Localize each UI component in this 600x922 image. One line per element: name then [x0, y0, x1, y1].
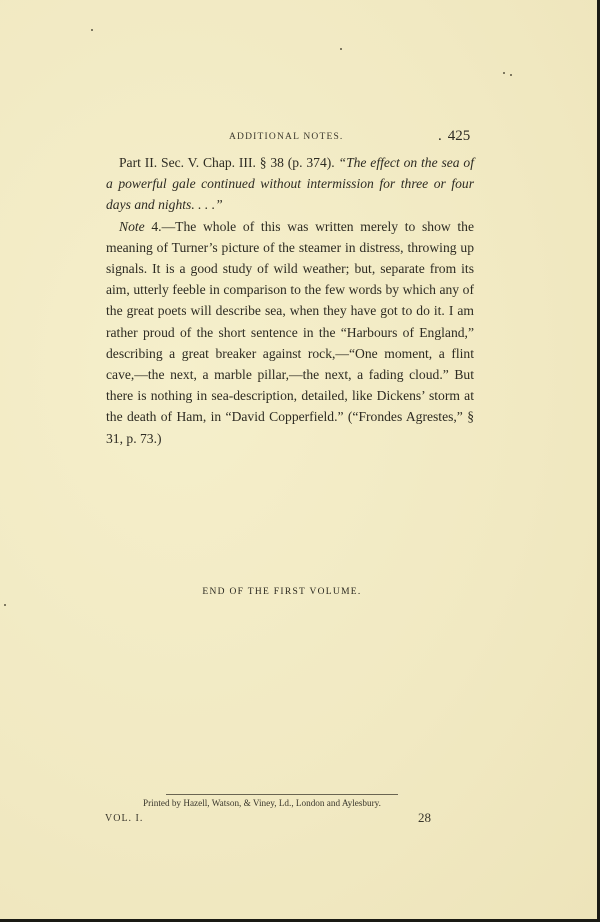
reference-lead: Part II. Sec. V. Chap. III. § 38 (p. 374… — [119, 155, 339, 170]
paper-speck — [91, 29, 93, 31]
end-of-volume-note: END OF THE FIRST VOLUME. — [0, 587, 564, 597]
printer-imprint: Printed by Hazell, Watson, & Viney, Ld.,… — [143, 798, 381, 808]
book-page: ADDITIONAL NOTES. .425 Part II. Sec. V. … — [0, 0, 597, 919]
page-number-value: 425 — [448, 128, 471, 144]
running-head: ADDITIONAL NOTES. — [229, 132, 344, 142]
signature-mark: 28 — [418, 810, 431, 826]
volume-mark: VOL. I. — [105, 813, 143, 824]
paper-speck — [340, 48, 342, 50]
page-number-dot: . — [438, 128, 442, 144]
paragraph-reference: Part II. Sec. V. Chap. III. § 38 (p. 374… — [106, 152, 474, 216]
footer-rule — [166, 794, 398, 795]
paper-speck — [503, 72, 505, 74]
page-number: .425 — [438, 128, 470, 145]
paragraph-note: Note 4.—The whole of this was written me… — [106, 216, 474, 449]
note-label: Note — [119, 219, 145, 234]
note-text: 4.—The whole of this was written merely … — [106, 219, 474, 446]
paper-speck — [4, 604, 6, 606]
paper-speck — [510, 74, 512, 76]
body-text: Part II. Sec. V. Chap. III. § 38 (p. 374… — [106, 152, 474, 449]
